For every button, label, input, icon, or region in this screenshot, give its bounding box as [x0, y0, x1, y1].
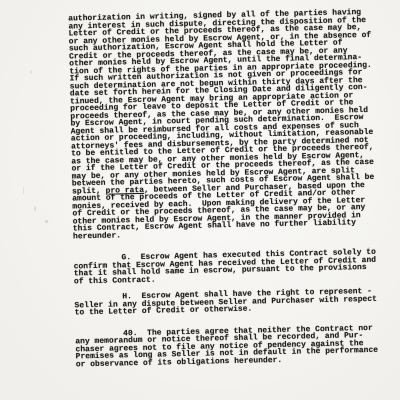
scan-artifact — [45, 220, 48, 223]
scan-artifact — [23, 186, 24, 195]
paragraph-escrow-dispute-continuation: authorization in writing, signed by all … — [68, 9, 389, 241]
scanned-page: authorization in writing, signed by all … — [0, 0, 400, 400]
scan-artifact — [34, 206, 36, 211]
paragraph-clause-h: H. Escrow Agent shall have the right to … — [74, 288, 390, 317]
paragraph-clause-g: G. Escrow Agent has executed this Contra… — [73, 249, 390, 286]
scan-artifact — [30, 70, 32, 74]
document-text: authorization in writing, signed by all … — [68, 9, 392, 369]
paragraph-clause-40: 40. The parties agree that neither the C… — [75, 324, 392, 368]
